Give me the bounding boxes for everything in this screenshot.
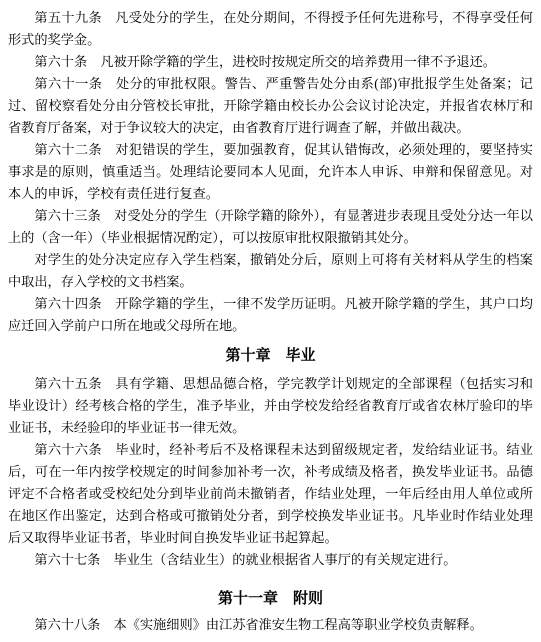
article-63-paragraph: 第六十三条 对受处分的学生（开除学籍的除外），有显著进步表现且受处分达一年以上的… [8, 205, 533, 249]
article-66-paragraph: 第六十六条 毕业时，经补考后不及格课程未达到留级规定者，发给结业证书。结业后，可… [8, 439, 533, 549]
article-68-paragraph: 第六十八条 本《实施细则》由江苏省淮安生物工程高等职业学校负责解释。 [8, 614, 533, 636]
article-60-paragraph: 第六十条 凡被开除学籍的学生，进校时按规定所交的培养费用一律不予退还。 [8, 51, 533, 73]
article-67-paragraph: 第六十七条 毕业生（含结业生）的就业根据省人事厅的有关规定进行。 [8, 549, 533, 571]
article-64-paragraph: 第六十四条 开除学籍的学生，一律不发学历证明。凡被开除学籍的学生，其户口均应迁回… [8, 293, 533, 337]
article-65-paragraph: 第六十五条 具有学籍、思想品德合格，学完教学计划规定的全部课程（包括实习和毕业设… [8, 373, 533, 439]
chapter-10-heading: 第十章 毕业 [8, 345, 533, 367]
article-63-continuation-paragraph: 对学生的处分决定应存入学生档案，撤销处分后，原则上可将有关材料从学生的档案中取出… [8, 249, 533, 293]
article-62-paragraph: 第六十二条 对犯错误的学生，要加强教育，促其认错悔改，必须处理的，要坚持实事求是… [8, 139, 533, 205]
article-59-paragraph: 第五十九条 凡受处分的学生，在处分期间，不得授予任何先进称号，不得享受任何形式的… [8, 7, 533, 51]
document-page: 第五十九条 凡受处分的学生，在处分期间，不得授予任何先进称号，不得享受任何形式的… [0, 0, 541, 642]
article-61-paragraph: 第六十一条 处分的审批权限。警告、严重警告处分由系(部)审批报学生处备案；记过、… [8, 73, 533, 139]
chapter-11-heading: 第十一章 附则 [8, 588, 533, 610]
